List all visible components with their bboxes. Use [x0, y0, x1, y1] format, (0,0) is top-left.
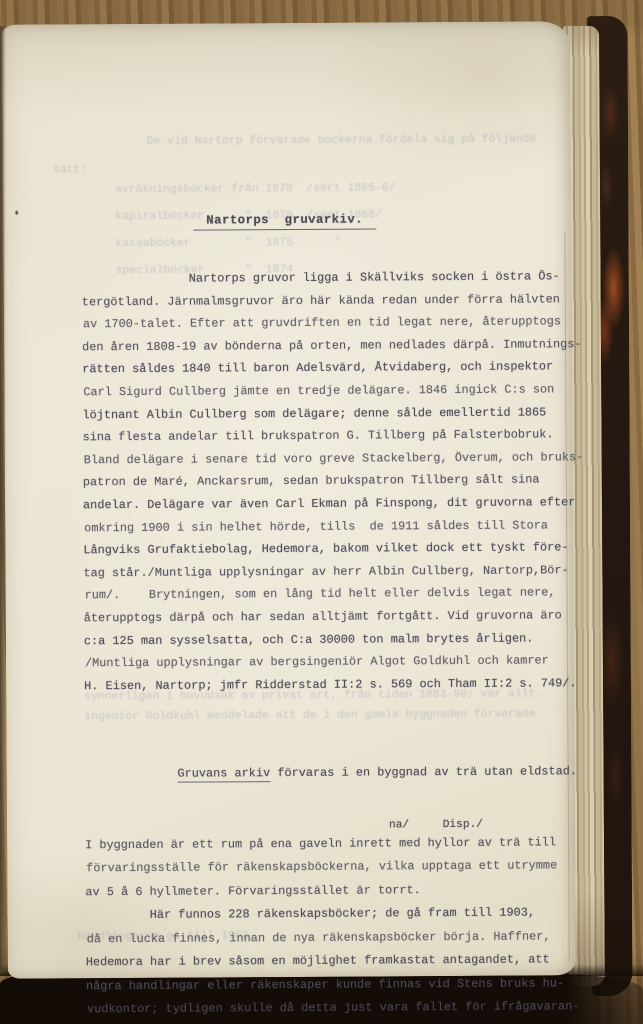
document-page: De vid Nartorp förvarade böckerna fördel…: [2, 21, 576, 978]
text-line: Hedemora har i brev såsom en möjlighet f…: [86, 948, 579, 975]
section-heading: Gruvans arkiv: [177, 766, 270, 783]
text-line: rum/. Brytningen, som en lång tid helt e…: [85, 582, 585, 608]
text-line: /Muntliga upplysningar av bergsingeniör …: [85, 649, 585, 675]
text-line: c:a 125 man sysselsatta, och C:a 30000 t…: [84, 627, 585, 653]
text-line: Gruvans arkiv förvaras i en byggnad av t…: [85, 760, 578, 787]
showthrough-line: De vid Nartorp förvarade böckerna fördel…: [147, 133, 537, 147]
text-line: tergötland. Järnmalmsgruvor äro här känd…: [82, 288, 583, 314]
text-line: då en lucka finnes, innan de nya räkensk…: [87, 925, 579, 952]
text-line: omkring 1900 i sin helhet hörde, tills d…: [84, 514, 584, 540]
text-line: återupptogs därpå och har sedan alltjämt…: [84, 604, 585, 630]
text-line: tag står./Muntliga upplysningar av herr …: [83, 559, 584, 585]
text-line: Bland delägare i senare tid voro greve S…: [84, 446, 584, 472]
section-heading-rest: förvaras i en byggnad av trä utan eldsta…: [270, 764, 577, 780]
text-line: Här funnos 228 räkenskapsböcker; de gå f…: [85, 901, 578, 928]
typed-insertion: na/ Disp./: [389, 819, 483, 832]
text-line: löjtnant Albin Cullberg som delägare; de…: [82, 401, 583, 427]
paragraph-history: Nartorps gruvor ligga i Skällviks socken…: [82, 265, 585, 697]
text-line: Nartorps gruvor ligga i Skällviks socken…: [82, 265, 583, 291]
indent: [85, 767, 178, 782]
text-line: rätten såldes 1840 till baron Adelsvärd,…: [82, 356, 583, 382]
text-line: patron de Maré, Anckarsrum, sedan bruksp…: [83, 469, 584, 495]
text-line: den åren 1808-19 av bönderna på orten, m…: [82, 333, 583, 359]
text-line: av 5 å 6 hyllmeter. Förvaringsstället är…: [85, 878, 578, 905]
paragraph-archive: Gruvans arkiv förvaras i en byggnad av t…: [84, 713, 579, 1022]
showthrough-line: sätt:: [53, 164, 87, 176]
text-line: av 1700-talet. Efter att gruvdriften en …: [83, 310, 583, 336]
text-line: andelar. Delägare var även Carl Ekman på…: [83, 491, 584, 517]
text-line: Långviks Grufaktiebolag, Hedemora, bakom…: [83, 536, 584, 562]
text-line: H. Eisen, Nartorp; jmfr Ridderstad II:2 …: [84, 672, 585, 698]
text-line: Carl Sigurd Cullberg jämte en tredje del…: [83, 378, 583, 404]
text-line: I byggnaden är ett rum på ena gaveln inr…: [85, 831, 578, 858]
page-title: Nartorps gruvarkiv.: [193, 212, 376, 230]
page-left-edge-shadow: [0, 26, 6, 970]
archive-photo: De vid Nartorp förvarade böckerna fördel…: [0, 0, 643, 1024]
text-line: sina flesta andelar till brukspatron G. …: [83, 423, 584, 449]
text-line: förvaringsställe för räkenskapsböckerna,…: [86, 854, 578, 881]
ink-speck: [15, 211, 18, 215]
showthrough-line: kassaböcker " 1875 ": [115, 237, 341, 250]
showthrough-line: avräkningsböcker från 1870 /sert 1865-6/: [115, 182, 395, 196]
text-line: några handlingar eller räkenskaper kunde…: [86, 972, 579, 999]
text-line: vudkontor; tydligen skulle då detta just…: [87, 995, 579, 1022]
